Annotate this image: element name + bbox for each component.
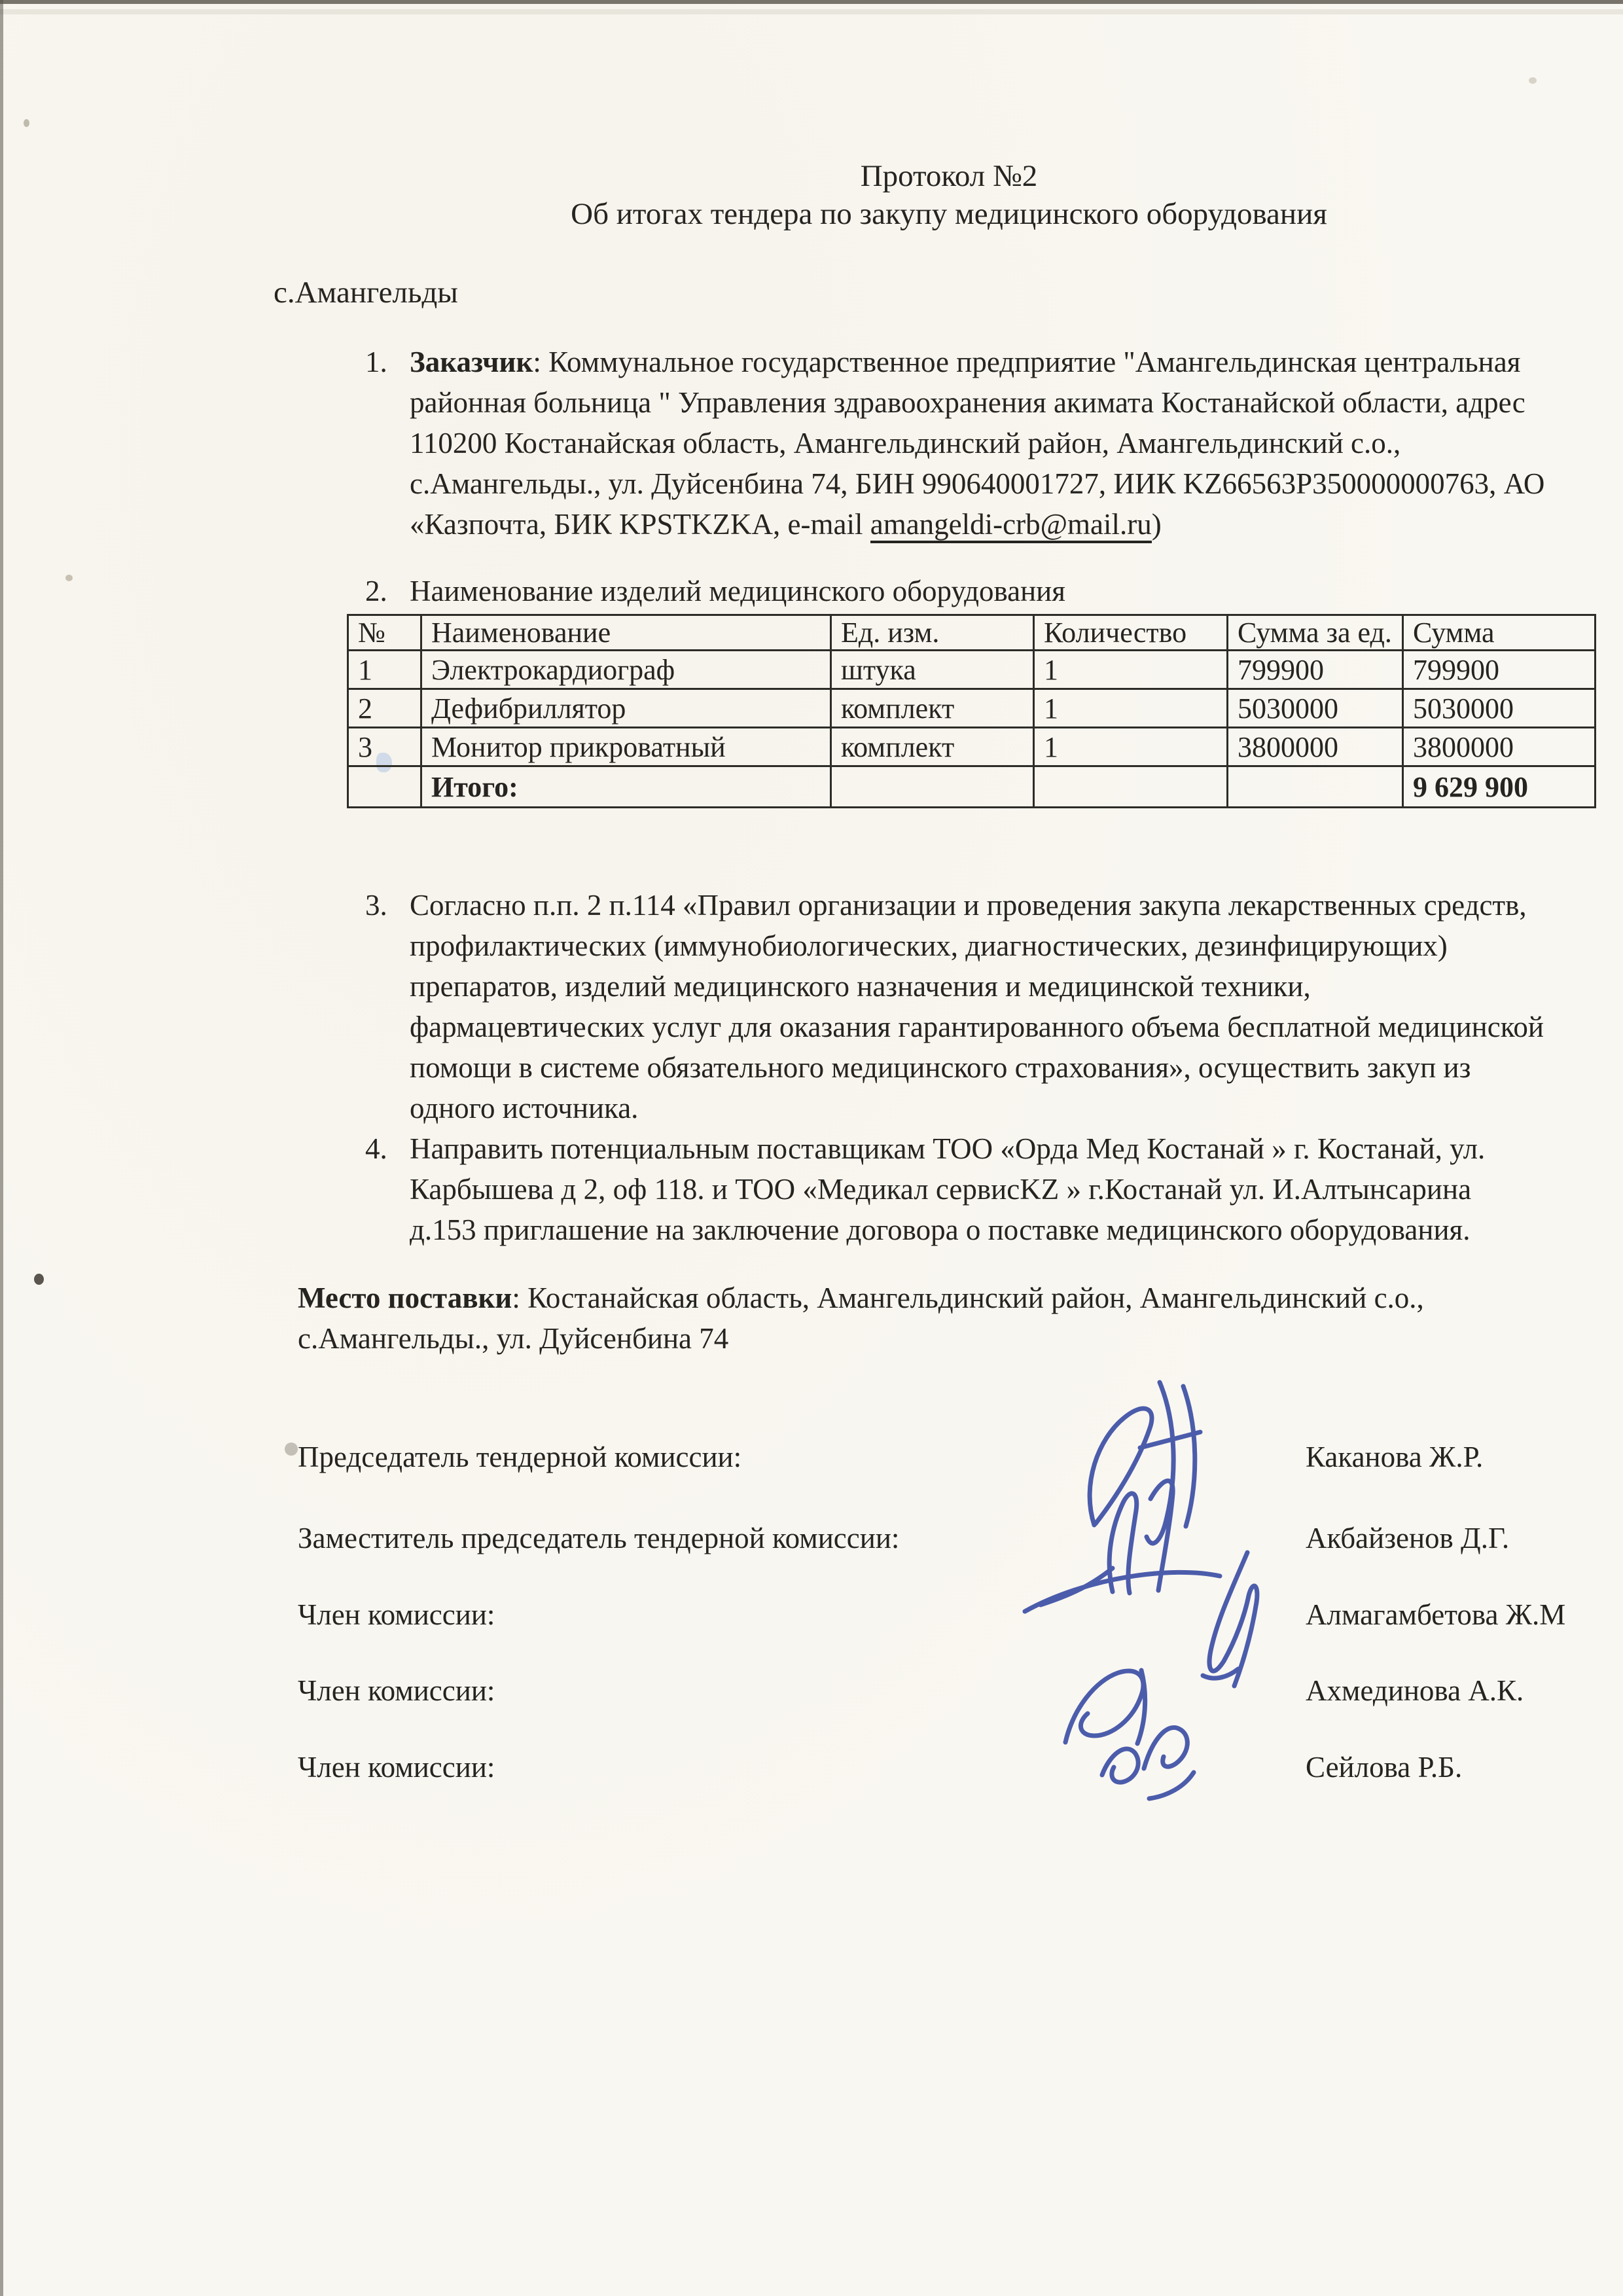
table-cell [831,766,1034,808]
table-cell: 799900 [1403,651,1596,689]
table-cell: 5030000 [1228,689,1403,728]
table-cell: комплект [831,689,1034,728]
list-item-2: 2. Наименование изделий медицинского обо… [365,571,1588,611]
signature-row-member-2: Член комиссии: Ахмединова А.К. [298,1674,1580,1713]
signature-row-member-1: Член комиссии: Алмагамбетова Ж.М [298,1598,1580,1637]
table-cell: 1 [1034,689,1228,728]
customer-text-tail: ) [1152,508,1162,541]
list-item-1: 1. Заказчик: Коммунальное государственно… [365,342,1588,545]
total-value-cell: 9 629 900 [1403,766,1596,808]
signature-name: Сейлова Р.Б. [1306,1750,1462,1784]
table-cell: 1 [1034,651,1228,689]
scanned-protocol-document: Протокол №2 Об итогах тендера по закупу … [0,0,1623,2296]
table-header-cell: Сумма за ед. [1228,615,1403,651]
scan-speck [24,119,29,127]
table-cell: 1 [348,651,421,689]
table-cell: 5030000 [1403,689,1596,728]
table-cell: 2 [348,689,421,728]
document-title-block: Протокол №2 Об итогах тендера по закупу … [275,157,1623,233]
scan-speck [65,575,73,581]
table-total-row: Итого: 9 629 900 [348,766,1596,808]
signature-role: Член комиссии: [298,1674,495,1707]
table-header-cell: Сумма [1403,615,1596,651]
location-line: с.Амангельды [274,275,458,310]
signature-role: Член комиссии: [298,1751,495,1784]
scan-edge-top [0,0,1623,4]
signature-role: Председатель тендерной комиссии: [298,1441,741,1473]
table-header-row: № Наименование Ед. изм. Количество Сумма… [348,615,1596,651]
table-row: 3 Монитор прикроватный комплект 1 380000… [348,728,1596,766]
document-subtitle: Об итогах тендера по закупу медицинского… [275,195,1623,233]
list-number: 3. [365,885,410,1128]
table-row: 2 Дефибриллятор комплект 1 5030000 50300… [348,689,1596,728]
document-title: Протокол №2 [275,157,1623,195]
table-cell: 3800000 [1228,728,1403,766]
list-number: 4. [365,1128,410,1250]
signature-role: Заместитель председатель тендерной комис… [298,1522,899,1554]
table-cell [348,766,421,808]
table-cell: комплект [831,728,1034,766]
table-cell: 3 [348,728,421,766]
total-label-cell: Итого: [421,766,831,808]
table-header-cell: Ед. изм. [831,615,1034,651]
suppliers-paragraph: Направить потенциальным поставщикам ТОО … [410,1128,1588,1250]
signature-row-member-3: Член комиссии: Сейлова Р.Б. [298,1750,1580,1789]
customer-email: amangeldi-crb@mail.ru [870,508,1152,543]
table-cell: штука [831,651,1034,689]
table-cell [1034,766,1228,808]
list-item-3: 3. Согласно п.п. 2 п.114 «Правил организ… [365,885,1588,1128]
signature-row-chairman: Председатель тендерной комиссии: Каканов… [298,1440,1580,1479]
delivery-place-label: Место поставки [298,1282,512,1314]
list-number: 1. [365,342,410,545]
goods-table: № Наименование Ед. изм. Количество Сумма… [347,614,1596,808]
scan-speck [34,1274,44,1285]
scan-speck [285,1443,298,1456]
table-cell: Электрокардиограф [421,651,831,689]
table-cell: 1 [1034,728,1228,766]
scan-edge-shadow [0,9,1623,14]
scan-speck [1529,77,1537,84]
signature-name: Акбайзенов Д.Г. [1306,1521,1509,1555]
table-cell: Дефибриллятор [421,689,831,728]
customer-paragraph: Заказчик: Коммунальное государственное п… [410,342,1588,545]
list-number: 2. [365,571,410,611]
table-cell: 799900 [1228,651,1403,689]
signature-name: Алмагамбетова Ж.М [1306,1598,1565,1632]
table-cell: Монитор прикроватный [421,728,831,766]
table-header-cell: Количество [1034,615,1228,651]
scan-edge-left [0,0,3,2296]
table-header-cell: № [348,615,421,651]
table-header-cell: Наименование [421,615,831,651]
single-source-paragraph: Согласно п.п. 2 п.114 «Правил организаци… [410,885,1588,1128]
delivery-place-paragraph: Место поставки: Костанайская область, Ам… [298,1278,1489,1359]
signature-row-deputy: Заместитель председатель тендерной комис… [298,1521,1580,1560]
customer-label: Заказчик [410,346,533,378]
table-cell: 3800000 [1403,728,1596,766]
signature-name: Ахмединова А.К. [1306,1674,1524,1708]
goods-heading: Наименование изделий медицинского оборуд… [410,571,1588,611]
signature-role: Член комиссии: [298,1598,495,1631]
signature-name: Каканова Ж.Р. [1306,1440,1483,1474]
table-cell [1228,766,1403,808]
table-row: 1 Электрокардиограф штука 1 799900 79990… [348,651,1596,689]
list-item-4: 4. Направить потенциальным поставщикам Т… [365,1128,1588,1250]
